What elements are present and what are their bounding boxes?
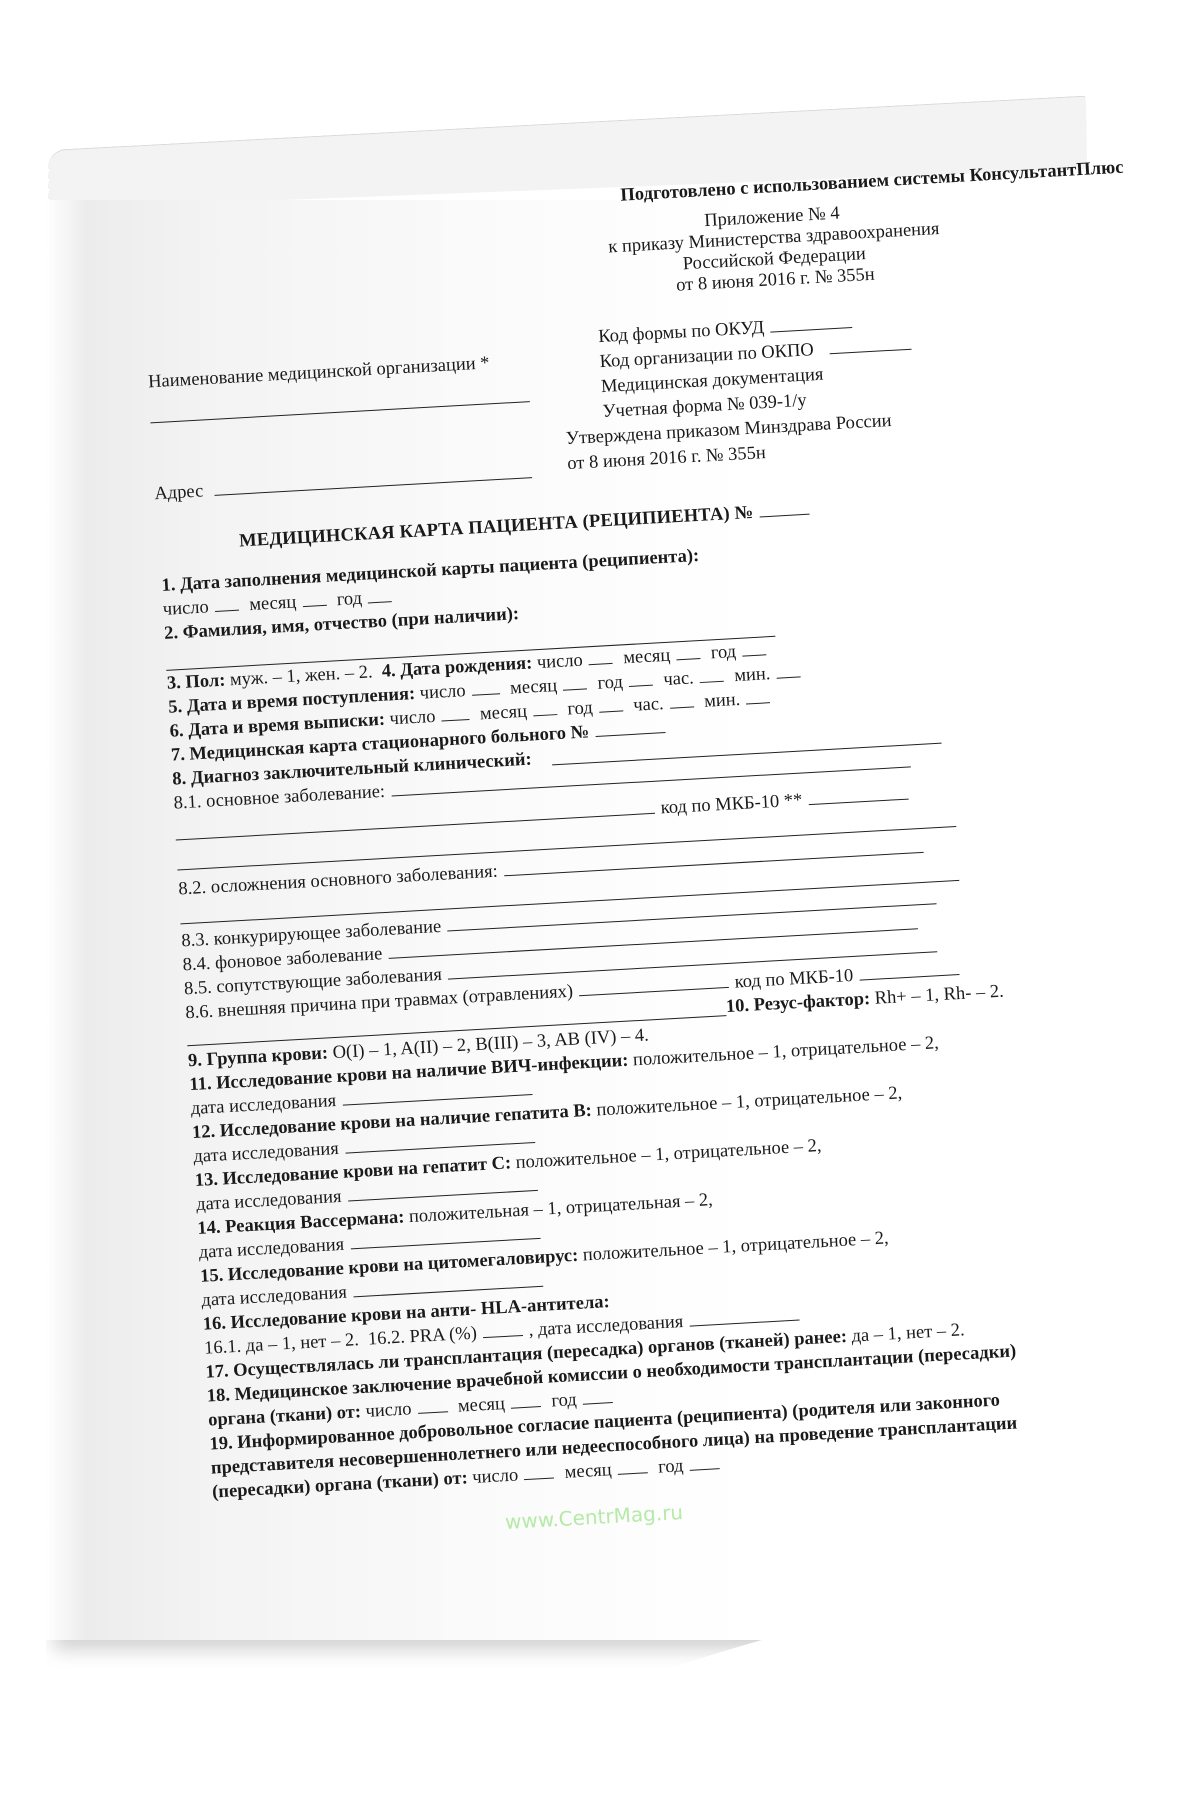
f4-month-field[interactable] [676,657,700,660]
f18-month-field[interactable] [511,1405,541,1409]
f4-year-field[interactable] [742,653,766,656]
f5-year-field[interactable] [629,684,653,687]
f18-day-field[interactable] [418,1410,448,1414]
codes-block: Код формы по ОКУД Код организации по ОКП… [598,307,924,475]
f6-year-field[interactable] [599,709,623,712]
f5-hour-field[interactable] [700,680,724,683]
f5-day-field[interactable] [472,692,500,696]
f6-min-field[interactable] [746,701,770,704]
f19-year-field[interactable] [690,1467,720,1471]
f8-6-icd-field[interactable] [859,973,959,981]
f4-day-field[interactable] [589,662,613,665]
f7-card-number-field[interactable] [595,731,665,737]
f16-pra-field[interactable] [483,1334,523,1338]
f6-month-field[interactable] [533,713,557,716]
f6-day-field[interactable] [442,718,470,722]
okud-field[interactable] [770,326,852,333]
f6-hour-field[interactable] [670,705,694,708]
f8-6-field[interactable] [579,986,729,996]
f18-year-field[interactable] [583,1401,613,1405]
f1-day-field[interactable] [215,609,239,612]
f5-month-field[interactable] [563,687,587,690]
f8-1-icd-field[interactable] [808,798,908,806]
f1-month-field[interactable] [302,604,326,607]
f19-day-field[interactable] [524,1476,554,1480]
f5-min-field[interactable] [777,675,801,678]
f1-year-field[interactable] [368,600,392,603]
f19-month-field[interactable] [618,1471,648,1475]
f16-date-field[interactable] [689,1319,799,1327]
okpo-field[interactable] [830,348,912,355]
card-number-field[interactable] [760,513,810,518]
